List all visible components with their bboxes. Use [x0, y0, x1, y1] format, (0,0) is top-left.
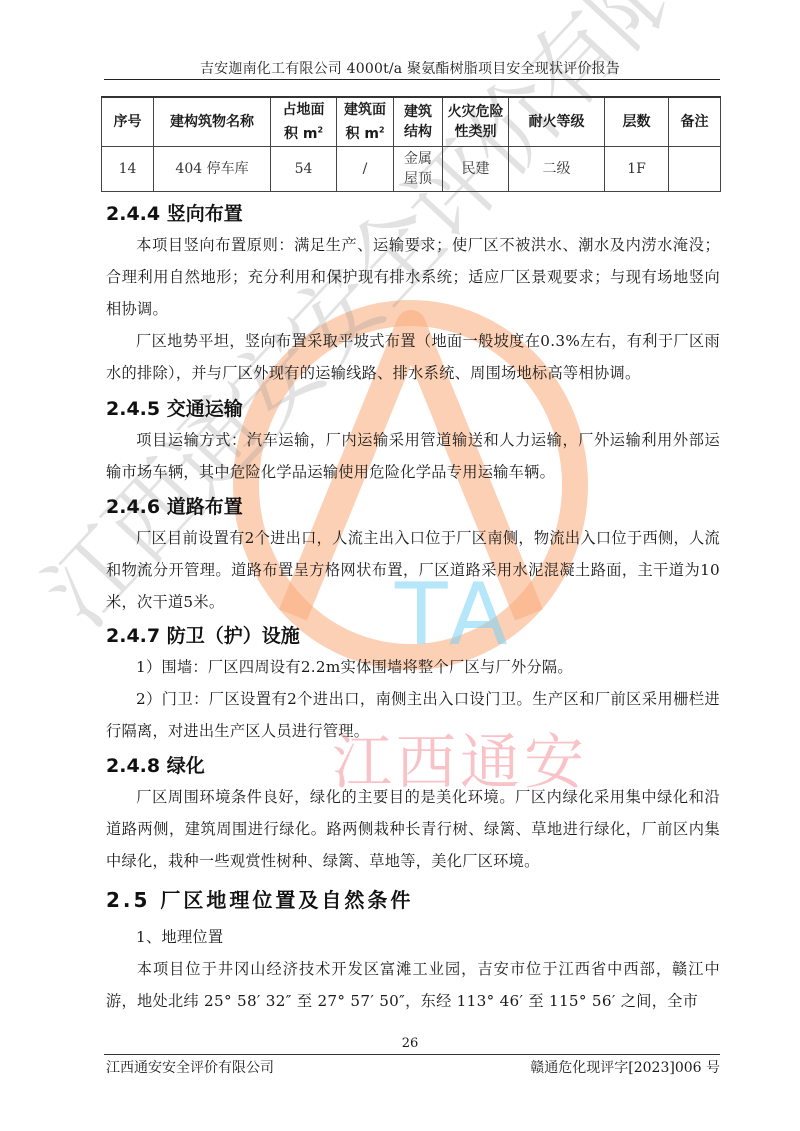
paragraph-2-4-4-1: 本项目竖向布置原则：满足生产、运输要求；使厂区不被洪水、潮水及内涝水淹没；合理利…	[106, 229, 720, 325]
cell-fire-rating: 二级	[509, 147, 605, 192]
cell-floor-area: /	[337, 147, 394, 192]
cell-name: 404 停车库	[154, 147, 271, 192]
building-table: 序号 建构筑物名称 占地面积 m2 建筑面积 m2 建筑结构 火灾危险性类别 耐…	[101, 96, 721, 192]
col-header-no: 序号	[102, 97, 154, 147]
cell-floors: 1F	[605, 147, 669, 192]
subheading-geo-location: 1、地理位置	[106, 921, 720, 953]
col-header-structure: 建筑结构	[394, 97, 443, 147]
heading-2-4-7: 2.4.7 防卫（护）设施	[106, 621, 300, 648]
paragraph-2-5-1: 本项目位于井冈山经济技术开发区富滩工业园，吉安市位于江西省中西部，赣江中游，地处…	[106, 953, 720, 1017]
col-header-name: 建构筑物名称	[154, 97, 271, 147]
heading-2-4-5: 2.4.5 交通运输	[106, 394, 243, 421]
page-header-title: 吉安迦南化工有限公司 4000t/a 聚氨酯树脂项目安全现状评价报告	[100, 58, 720, 78]
footer-rule	[104, 1054, 720, 1055]
col-header-floors: 层数	[605, 97, 669, 147]
col-header-fire-category: 火灾危险性类别	[443, 97, 509, 147]
header-rule	[104, 79, 720, 80]
table-header-row: 序号 建构筑物名称 占地面积 m2 建筑面积 m2 建筑结构 火灾危险性类别 耐…	[102, 97, 721, 147]
paragraph-2-4-4-2: 厂区地势平坦，竖向布置采取平坡式布置（地面一般坡度在0.3%左右，有利于厂区雨水…	[106, 325, 720, 389]
cell-structure: 金属屋顶	[394, 147, 443, 192]
page-number: 26	[100, 1036, 720, 1051]
cell-no: 14	[102, 147, 154, 192]
table-row: 14 404 停车库 54 / 金属屋顶 民建 二级 1F	[102, 147, 721, 192]
paragraph-2-4-5-1: 项目运输方式：汽车运输，厂内运输采用管道输送和人力运输，厂外运输利用外部运输市场…	[106, 424, 720, 488]
col-header-fire-rating: 耐火等级	[509, 97, 605, 147]
paragraph-2-4-7-2: 2）门卫：厂区设置有2个进出口，南侧主出入口设门卫。生产区和厂前区采用栅栏进行隔…	[106, 683, 720, 747]
col-header-remark: 备注	[669, 97, 721, 147]
cell-remark	[669, 147, 721, 192]
footer-company: 江西通安安全评价有限公司	[106, 1057, 274, 1077]
cell-land-area: 54	[271, 147, 337, 192]
heading-2-5: 2.5 厂区地理位置及自然条件	[106, 884, 413, 913]
heading-2-4-8: 2.4.8 绿化	[106, 751, 205, 778]
footer-report-number: 赣通危化现评字[2023]006 号	[530, 1057, 720, 1077]
paragraph-2-4-6-1: 厂区目前设置有2个进出口，人流主出入口位于厂区南侧，物流出入口位于西侧，人流和物…	[106, 522, 720, 618]
col-header-floor-area: 建筑面积 m2	[337, 97, 394, 147]
cell-fire-category: 民建	[443, 147, 509, 192]
col-header-land-area: 占地面积 m2	[271, 97, 337, 147]
paragraph-2-4-8-1: 厂区周围环境条件良好，绿化的主要目的是美化环境。厂区内绿化采用集中绿化和沿道路两…	[106, 781, 720, 877]
heading-2-4-4: 2.4.4 竖向布置	[106, 199, 243, 226]
heading-2-4-6: 2.4.6 道路布置	[106, 492, 243, 519]
paragraph-2-4-7-1: 1）围墙：厂区四周设有2.2m实体围墙将整个厂区与厂外分隔。	[106, 651, 720, 683]
